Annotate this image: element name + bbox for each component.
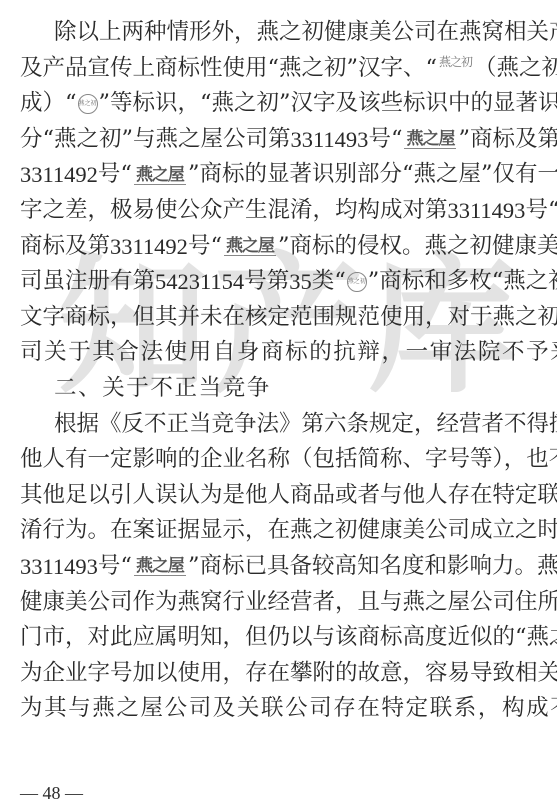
text-segment: 成）“ xyxy=(20,86,77,122)
yanzhichu-circle-trademark-icon: 燕之初 xyxy=(347,272,367,292)
text-segment: 门市，对此应属明知，但仍以与该商标高度近似的“燕之初”作 xyxy=(20,620,557,656)
text-line: 成）“ 燕之初 ”等标识，“燕之初”汉字及该些标识中的显著识别部 xyxy=(20,86,520,122)
text-segment: 及产品宣传上商标性使用“燕之初”汉字、“ xyxy=(20,51,437,87)
text-line: 门市，对此应属明知，但仍以与该商标高度近似的“燕之初”作 xyxy=(20,620,520,656)
trademark-number: 3311492 xyxy=(110,229,188,265)
trademark-number: 3311492 xyxy=(20,157,98,193)
text-line: 文字商标，但其并未在核定范围规范使用，对于燕之初健康美公 xyxy=(20,300,520,336)
text-line: 3311492 号“ 燕之屋 ”商标的显著识别部分“燕之屋”仅有一 xyxy=(20,157,520,193)
text-segment: 字之差，极易使公众产生混淆，均构成对第 xyxy=(20,193,448,229)
yanzhichu-small-trademark-icon: 燕之初 xyxy=(439,56,472,68)
text-segment: 为企业字号加以使用，存在攀附的故意，容易导致相关公众误认 xyxy=(20,656,557,692)
text-segment: 淆行为。在案证据显示，在燕之初健康美公司成立之时，第 xyxy=(20,513,557,549)
text-segment: 除以上两种情形外，燕之初健康美公司在燕窝相关产品本身 xyxy=(54,15,557,51)
text-line: 除以上两种情形外，燕之初健康美公司在燕窝相关产品本身 xyxy=(20,15,520,51)
text-line: 健康美公司作为燕窝行业经营者，且与燕之屋公司住所地同在厦 xyxy=(20,585,520,621)
text-segment: 号“ xyxy=(98,549,132,585)
text-segment: ”商标及第 xyxy=(458,122,557,158)
text-segment: 司虽注册有第 xyxy=(20,264,155,300)
text-line: 商标及第 3311492 号“ 燕之屋 ”商标的侵权。燕之初健康美公 xyxy=(20,229,520,265)
yanzhichu-circle-trademark-icon: 燕之初 xyxy=(78,94,98,114)
text-segment: ”商标和多枚“燕之初” xyxy=(368,264,557,300)
text-segment: 分“燕之初”与燕之屋公司第 xyxy=(20,122,291,158)
text-segment: ”商标的侵权。燕之初健康美公 xyxy=(278,229,557,265)
text-line: 为企业字号加以使用，存在攀附的故意，容易导致相关公众误认 xyxy=(20,656,520,692)
text-line: 分“燕之初”与燕之屋公司第 3311493 号“ 燕之屋 ”商标及第 xyxy=(20,122,520,158)
text-line: 为其与燕之屋公司及关联公司存在特定联系，构成不正当竞争。 xyxy=(20,691,520,727)
text-segment: 根据《反不正当竞争法》第六条规定，经营者不得擅自使用 xyxy=(54,407,557,443)
heading-text: 二、关于不正当竞争 xyxy=(54,371,271,407)
text-segment: ”商标已具备较高知名度和影响力。燕之初 xyxy=(188,549,557,585)
yanzhiwu-trademark-icon: 燕之屋 xyxy=(134,166,186,185)
text-segment: 为其与燕之屋公司及关联公司存在特定联系，构成不正当竞争。 xyxy=(20,691,557,727)
text-segment: ”商标的显著识别部分“燕之屋”仅有一 xyxy=(188,157,557,193)
text-segment: 号第 xyxy=(244,264,289,300)
document-body: 除以上两种情形外，燕之初健康美公司在燕窝相关产品本身 及产品宣传上商标性使用“燕… xyxy=(20,15,520,727)
trademark-number: 3311493 xyxy=(291,122,369,158)
section-heading: 二、关于不正当竞争 xyxy=(20,371,520,407)
trademark-number: 3311493 xyxy=(20,549,98,585)
page-number: — 48 — xyxy=(20,783,83,804)
text-segment: 健康美公司作为燕窝行业经营者，且与燕之屋公司住所地同在厦 xyxy=(20,585,557,621)
text-segment: （燕之初 初 xyxy=(474,51,557,87)
text-line: 淆行为。在案证据显示，在燕之初健康美公司成立之时，第 xyxy=(20,513,520,549)
yanzhiwu-trademark-icon: 燕之屋 xyxy=(224,237,276,256)
text-segment: 号“ xyxy=(188,229,222,265)
text-line: 司关于其合法使用自身商标的抗辩，一审法院不予采信。 xyxy=(20,335,520,371)
text-segment: 其他足以引人误认为是他人商品或者与他人存在特定联系的混 xyxy=(20,478,557,514)
text-segment: 号“ xyxy=(98,157,132,193)
text-segment: 号“ xyxy=(525,193,557,229)
yanzhiwu-trademark-icon: 燕之屋 xyxy=(134,557,186,576)
text-segment: 号“ xyxy=(368,122,402,158)
class-number: 35 xyxy=(289,264,312,300)
text-segment: 类“ xyxy=(312,264,346,300)
text-line: 根据《反不正当竞争法》第六条规定，经营者不得擅自使用 xyxy=(20,407,520,443)
yanzhiwu-trademark-icon: 燕之屋 xyxy=(404,130,456,149)
text-line: 3311493 号“ 燕之屋 ”商标已具备较高知名度和影响力。燕之初 xyxy=(20,549,520,585)
text-line: 司虽注册有第 54231154 号第 35 类“ 燕之初 ”商标和多枚“燕之初” xyxy=(20,264,520,300)
text-segment: 他人有一定影响的企业名称（包括简称、字号等），也不得实施 xyxy=(20,442,557,478)
text-segment: 商标及第 xyxy=(20,229,110,265)
trademark-number: 3311493 xyxy=(448,193,526,229)
trademark-number: 54231154 xyxy=(155,264,244,300)
text-line: 及产品宣传上商标性使用“燕之初”汉字、“ 燕之初 （燕之初 初 xyxy=(20,51,520,87)
text-line: 字之差，极易使公众产生混淆，均构成对第 3311493 号“ 燕之屋 ” xyxy=(20,193,520,229)
text-segment: ”等标识，“燕之初”汉字及该些标识中的显著识别部 xyxy=(99,86,557,122)
text-segment: 司关于其合法使用自身商标的抗辩，一审法院不予采信。 xyxy=(20,335,557,371)
text-line: 他人有一定影响的企业名称（包括简称、字号等），也不得实施 xyxy=(20,442,520,478)
text-segment: 文字商标，但其并未在核定范围规范使用，对于燕之初健康美公 xyxy=(20,300,557,336)
text-line: 其他足以引人误认为是他人商品或者与他人存在特定联系的混 xyxy=(20,478,520,514)
